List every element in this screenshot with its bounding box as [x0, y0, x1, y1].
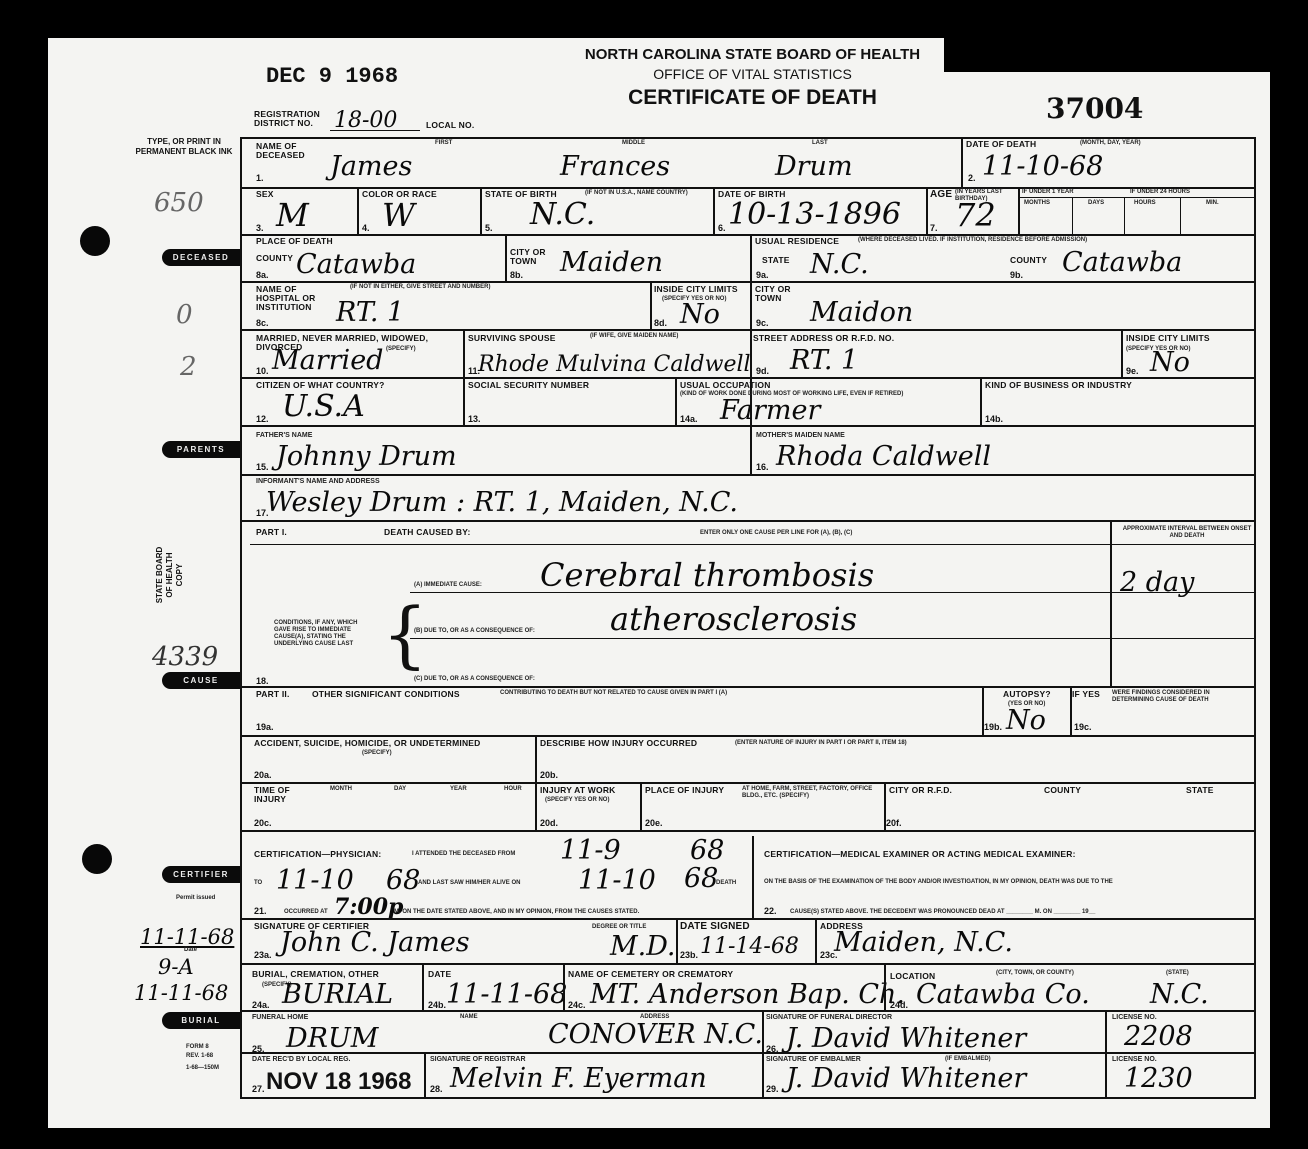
local-registrar-date: NOV 18 1968: [266, 1068, 411, 1096]
copy-label: STATE BOARD OF HEALTH COPY: [155, 545, 185, 605]
section-tab-parents: PARENTS: [162, 441, 240, 458]
deceased-first-name: James: [330, 152, 412, 182]
last-saw-year: 68: [684, 864, 718, 894]
registration-label: REGISTRATION DISTRICT NO.: [254, 110, 334, 128]
occupation: Farmer: [720, 396, 820, 426]
certificate-number: 37004: [1046, 92, 1143, 125]
section-tab-burial: BURIAL: [162, 1012, 240, 1029]
burial-date: 11-11-68: [446, 980, 567, 1010]
redaction-bar: [944, 38, 1270, 72]
pencil-note: 650: [154, 188, 204, 218]
sex-value: M: [276, 200, 309, 230]
section-tab-cause: CAUSE: [162, 672, 240, 689]
embalmer-license-number: 1230: [1124, 1064, 1193, 1094]
immediate-cause: Cerebral thrombosis: [540, 560, 874, 590]
death-county: Catawba: [296, 250, 416, 280]
burial-location: Catawba Co.: [916, 980, 1090, 1010]
date-signed: 11-14-68: [700, 932, 799, 962]
page-title: CERTIFICATE OF DEATH: [560, 86, 945, 110]
permit-issued-label: Permit issued: [176, 895, 215, 902]
embalmer-signature: J. David Whitener: [786, 1064, 1026, 1094]
marital-status: Married: [272, 346, 383, 376]
registrar-signature: Melvin F. Eyerman: [450, 1064, 707, 1094]
date-of-death: 11-10-68: [982, 152, 1103, 182]
residence-state: N.C.: [810, 250, 869, 280]
punch-hole: [80, 226, 110, 256]
ink-instruction: TYPE, OR PRINT IN PERMANENT BLACK INK: [134, 137, 234, 157]
residence-street: RT. 1: [790, 346, 858, 376]
punch-hole: [82, 844, 112, 874]
permit-date-2: 11-11-68: [134, 978, 228, 1008]
agency-name: NORTH CAROLINA STATE BOARD OF HEALTH: [560, 46, 945, 63]
section-tab-certifier: CERTIFIER: [162, 866, 240, 883]
director-license-number: 2208: [1124, 1022, 1193, 1052]
residence-county: Catawba: [1062, 248, 1182, 278]
informant: Wesley Drum : RT. 1, Maiden, N.C.: [266, 488, 738, 518]
registration-district: 18-00: [334, 106, 397, 136]
hospital-or-address: RT. 1: [336, 298, 404, 328]
certifier-degree: M.D.: [610, 932, 676, 962]
age-value: 72: [955, 200, 996, 230]
deceased-last-name: Drum: [775, 152, 853, 182]
autopsy-value: No: [1006, 706, 1046, 736]
underlying-cause-b: atherosclerosis: [610, 604, 857, 634]
pencil-note: 4339: [152, 642, 218, 672]
residence-city: Maidon: [810, 298, 913, 328]
date-of-birth: 10-13-1896: [728, 200, 901, 230]
immediate-cause-interval: 2 day: [1120, 568, 1194, 598]
race-value: W: [382, 200, 415, 230]
pencil-note: 2: [180, 352, 197, 382]
attended-from-year: 68: [690, 836, 724, 866]
disposition: BURIAL: [282, 980, 393, 1010]
surviving-spouse: Rhode Mulvina Caldwell: [478, 350, 751, 380]
inside-city-limits: No: [680, 300, 720, 330]
local-no-label: LOCAL NO.: [426, 121, 474, 130]
funeral-home-address: CONOVER N.C.: [548, 1020, 763, 1050]
section-tab-deceased: DECEASED: [162, 249, 240, 266]
funeral-director-signature: J. David Whitener: [786, 1024, 1026, 1054]
burial-location-state: N.C.: [1150, 980, 1209, 1010]
cemetery-name: MT. Anderson Bap. Ch.: [590, 980, 905, 1010]
deceased-middle-name: Frances: [560, 152, 670, 182]
certifier-signature: John C. James: [280, 928, 470, 958]
attended-from: 11-9: [560, 836, 621, 866]
form-number: FORM 8: [186, 1044, 209, 1051]
form-print-run: 1-68—150M: [186, 1065, 219, 1072]
father-name: Johnny Drum: [276, 442, 457, 472]
last-saw-alive: 11-10: [578, 866, 656, 896]
form-revision: REV. 1-68: [186, 1053, 213, 1060]
office-name: OFFICE OF VITAL STATISTICS: [560, 66, 945, 82]
residence-inside-city: No: [1150, 348, 1190, 378]
certifier-address: Maiden, N.C.: [834, 928, 1013, 958]
received-stamp: DEC 9 1968: [266, 64, 398, 89]
state-of-birth: N.C.: [530, 200, 595, 230]
pencil-note: 0: [176, 300, 193, 330]
funeral-home-name: DRUM: [286, 1024, 378, 1054]
citizenship: U.S.A: [282, 392, 365, 422]
death-city: Maiden: [560, 248, 663, 278]
mother-maiden-name: Rhoda Caldwell: [776, 442, 991, 472]
